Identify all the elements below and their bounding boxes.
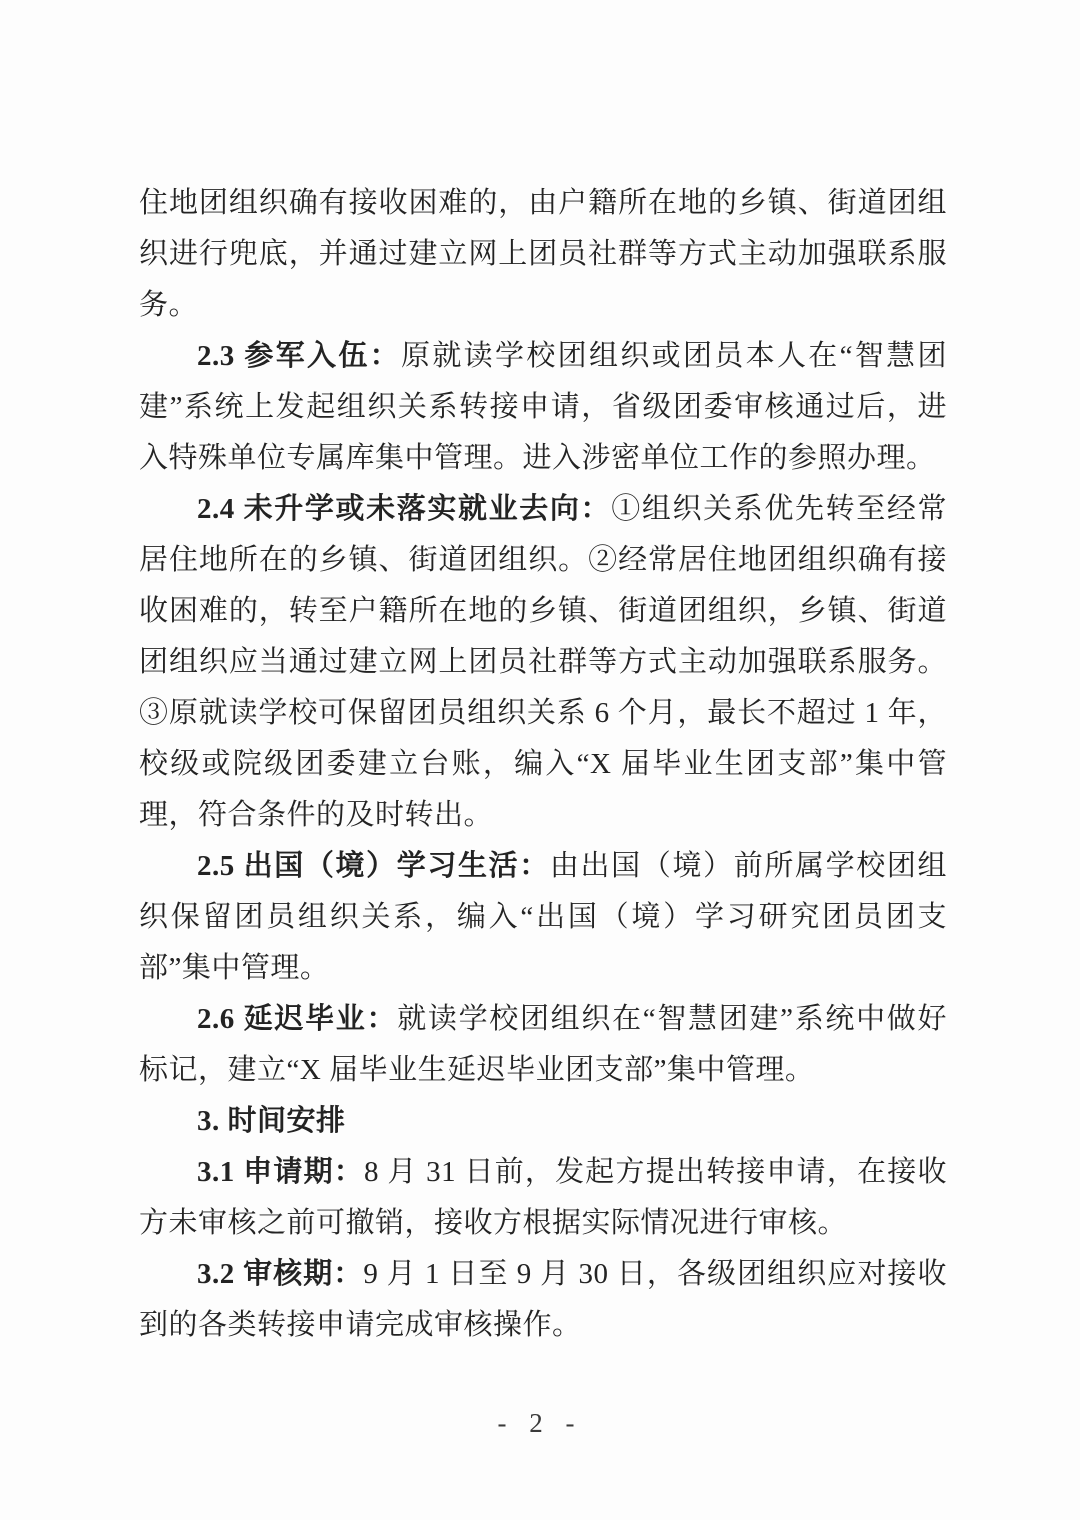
paragraph-lead: 2.6 延迟毕业： [197, 1003, 397, 1035]
paragraph: 2.3 参军入伍：原就读学校团组织或团员本人在“智慧团建”系统上发起组织关系转接… [139, 331, 947, 484]
section-heading: 3. 时间安排 [139, 1096, 947, 1147]
paragraph: 3.2 审核期：9 月 1 日至 9 月 30 日，各级团组织应对接收到的各类转… [139, 1249, 947, 1351]
paragraph: 2.6 延迟毕业：就读学校团组织在“智慧团建”系统中做好标记，建立“X 届毕业生… [139, 994, 947, 1096]
paragraph-text: ①组织关系优先转至经常居住地所在的乡镇、街道团组织。②经常居住地团组织确有接收困… [139, 493, 947, 831]
paragraph-lead: 2.4 未升学或未落实就业去向： [197, 493, 611, 525]
paragraph-lead: 3.1 申请期： [197, 1156, 364, 1188]
paragraph-text: 住地团组织确有接收困难的，由户籍所在地的乡镇、街道团组织进行兜底，并通过建立网上… [139, 187, 947, 321]
document-body: 住地团组织确有接收困难的，由户籍所在地的乡镇、街道团组织进行兜底，并通过建立网上… [139, 178, 947, 1351]
document-page: 住地团组织确有接收困难的，由户籍所在地的乡镇、街道团组织进行兜底，并通过建立网上… [0, 0, 1080, 1520]
paragraph-lead: 3.2 审核期： [197, 1258, 363, 1290]
paragraph: 住地团组织确有接收困难的，由户籍所在地的乡镇、街道团组织进行兜底，并通过建立网上… [139, 178, 947, 331]
paragraph: 2.4 未升学或未落实就业去向：①组织关系优先转至经常居住地所在的乡镇、街道团组… [139, 484, 947, 841]
paragraph-lead: 2.3 参军入伍： [197, 340, 401, 372]
page-number: - 2 - [0, 1408, 1080, 1439]
section-heading-text: 3. 时间安排 [197, 1105, 346, 1137]
paragraph: 3.1 申请期：8 月 31 日前，发起方提出转接申请，在接收方未审核之前可撤销… [139, 1147, 947, 1249]
paragraph-lead: 2.5 出国（境）学习生活： [197, 850, 550, 882]
paragraph: 2.5 出国（境）学习生活：由出国（境）前所属学校团组织保留团员组织关系，编入“… [139, 841, 947, 994]
